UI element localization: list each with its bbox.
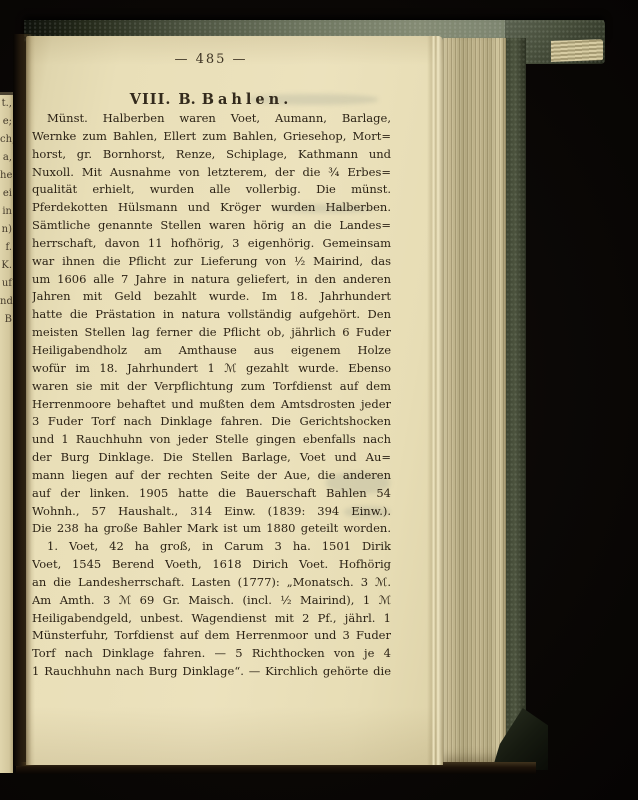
text-line: Jahren mit Geld bezahlt wurde. Im 18. Ja… xyxy=(32,288,391,306)
text-line: Heiligabendholz am Amthause aus eigenem … xyxy=(32,342,391,360)
text-line: herrschaft, davon 11 hofhörig, 3 eigenhö… xyxy=(32,235,391,253)
text-line: 3 Fuder Torf nach Dinklage fahren. Die G… xyxy=(32,413,391,431)
text-line: Heiligabendgeld, unbest. Wagendienst mit… xyxy=(32,610,391,628)
text-line: Wohnh., 57 Haushalt., 314 Einw. (1839: 3… xyxy=(32,503,391,521)
facing-page-text-fragment: ch, xyxy=(0,131,13,149)
text-line: an die Landesherrschaft. Lasten (1777): … xyxy=(32,574,391,592)
page-number: — 485 — xyxy=(32,52,390,67)
text-line: horst, gr. Bornhorst, Renze, Schiplage, … xyxy=(32,146,391,164)
page-curvature-ridges xyxy=(427,36,443,765)
text-line: um 1606 alle 7 Jahre in natura geliefert… xyxy=(32,271,391,289)
book-page: — 485 — VIII.B.Bahlen. Münst. Halberben … xyxy=(26,36,443,765)
paragraph-1: Münst. Halberben waren Voet, Aumann, Bar… xyxy=(32,110,391,538)
facing-page-text-fragment: ei xyxy=(0,185,13,203)
text-line: mann liegen auf der rechten Seite der Au… xyxy=(32,467,391,485)
facing-page-text-fragment: a, xyxy=(0,149,13,167)
facing-page-text-fragment: in xyxy=(0,203,13,221)
chapter-numeral: VIII. xyxy=(130,91,172,108)
text-line: Die 238 ha große Bahler Mark ist um 1880… xyxy=(32,520,391,538)
text-line: und 1 Rauchhuhn von jeder Stelle gingen … xyxy=(32,431,391,449)
text-line: meisten Stellen lag ferner die Pflicht o… xyxy=(32,324,391,342)
paragraph-2: 1. Voet, 42 ha groß, in Carum 3 ha. 1501… xyxy=(32,538,391,681)
text-line: Voet, 1545 Berend Voeth, 1618 Dirich Voe… xyxy=(32,556,391,574)
text-line: auf der linken. 1905 hatte die Bauerscha… xyxy=(32,485,391,503)
facing-page-text-fragment: t., xyxy=(0,95,13,113)
heading-title: Bahlen. xyxy=(202,91,293,108)
facing-page-text-fragment: uf xyxy=(0,275,13,293)
text-line: war ihnen die Pflicht zur Lieferung von … xyxy=(32,253,391,271)
text-line: Münst. Halberben waren Voet, Aumann, Bar… xyxy=(32,110,391,128)
text-line: hatte die Prästation in natura vollständ… xyxy=(32,306,391,324)
facing-page-text-fragment: K. xyxy=(0,257,13,275)
facing-page-sliver: t.,e;ch,a,heeiinn)f.K.ufndB xyxy=(0,92,13,773)
text-line: Sämtliche genannte Stellen waren hörig a… xyxy=(32,217,391,235)
text-line: waren sie mit der Verpflichtung zum Torf… xyxy=(32,378,391,396)
body-text: Münst. Halberben waren Voet, Aumann, Bar… xyxy=(32,110,391,681)
text-line: Am Amth. 3 ℳ 69 Gr. Maisch. (incl. ½ Mai… xyxy=(32,592,391,610)
text-line: Pferdekotten Hülsmann und Kröger wurden … xyxy=(32,199,391,217)
facing-page-text-fragment: he xyxy=(0,167,13,185)
text-line: Wernke zum Bahlen, Ellert zum Bahlen, Gr… xyxy=(32,128,391,146)
scan-background: t.,e;ch,a,heeiinn)f.K.ufndB — 485 — VIII… xyxy=(0,0,638,800)
text-line: 1 Rauchhuhn nach Burg Dinklage“. — Kirch… xyxy=(32,663,391,681)
text-line: Nuxoll. Mit Ausnahme von letzterem, der … xyxy=(32,164,391,182)
facing-page-text-fragment: nd xyxy=(0,293,13,311)
text-line: wofür im 18. Jahrhundert 1 ℳ gezahlt wur… xyxy=(32,360,391,378)
facing-page-text-fragment: f. xyxy=(0,239,13,257)
chapter-heading: VIII.B.Bahlen. xyxy=(32,91,390,108)
heading-prefix: B. xyxy=(178,91,195,108)
facing-page-text-fragment: B xyxy=(0,311,13,329)
book-cover-right-edge xyxy=(506,38,526,766)
text-line: Torf nach Dinklage fahren. — 5 Richthock… xyxy=(32,645,391,663)
text-line: qualität erhielt, wurden alle vollerbig.… xyxy=(32,181,391,199)
text-line: Münsterfuhr, Torfdienst auf dem Herrenmo… xyxy=(32,627,391,645)
text-line: Herrenmoore behaftet und mußten dem Amts… xyxy=(32,396,391,414)
page-stack-fore-edge xyxy=(443,38,506,765)
facing-page-text-fragment: e; xyxy=(0,113,13,131)
page-edges-top-right xyxy=(551,39,603,62)
facing-page-text-fragment: n) xyxy=(0,221,13,239)
text-line: der Burg Dinklage. Die Stellen Barlage, … xyxy=(32,449,391,467)
text-line: 1. Voet, 42 ha groß, in Carum 3 ha. 1501… xyxy=(32,538,391,556)
